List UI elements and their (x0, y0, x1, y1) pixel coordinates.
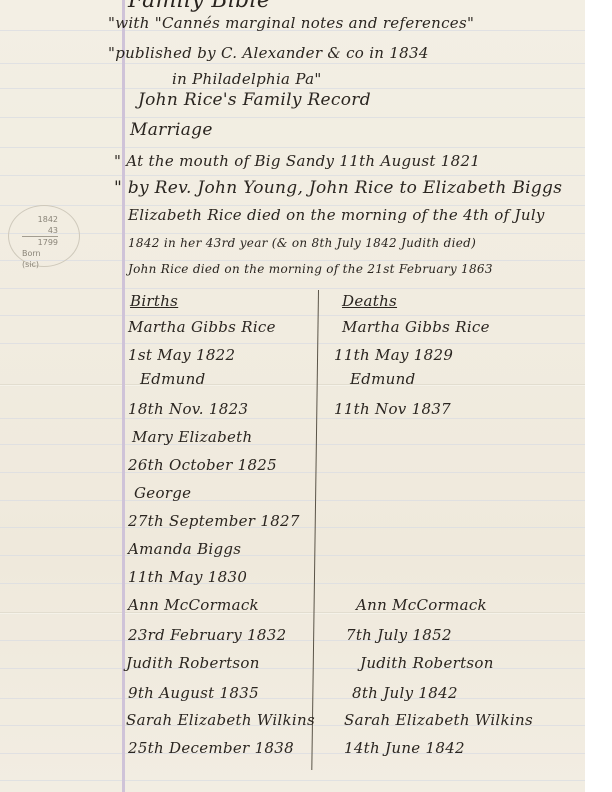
death-name: Ann McCormack (356, 596, 487, 614)
birth-date: 1st May 1822 (128, 346, 235, 364)
header-line-3: in Philadelphia Pa" (172, 70, 322, 88)
birth-name: Edmund (140, 370, 206, 388)
marriage-line-2: " by Rev. John Young, John Rice to Eliza… (114, 178, 562, 198)
birth-name: Sarah Elizabeth Wilkins (126, 711, 315, 729)
note-elizabeth-death: Elizabeth Rice died on the morning of th… (128, 206, 545, 224)
ruled-line (0, 780, 585, 781)
ruled-line (0, 640, 585, 641)
ruled-line (0, 472, 585, 473)
note-john-death: John Rice died on the morning of the 21s… (128, 262, 493, 276)
death-date: 14th June 1842 (344, 739, 465, 757)
birth-name: Mary Elizabeth (132, 428, 252, 446)
deaths-heading: Deaths (342, 292, 397, 310)
ruled-line (0, 698, 585, 699)
record-title: John Rice's Family Record (138, 90, 371, 110)
death-date: 8th July 1842 (352, 684, 458, 702)
death-name: Martha Gibbs Rice (342, 318, 490, 336)
death-name: Edmund (350, 370, 416, 388)
birth-name: Amanda Biggs (128, 540, 241, 558)
ruled-line (0, 260, 585, 261)
paper-fold (0, 612, 585, 615)
death-date: 7th July 1852 (346, 626, 452, 644)
ruled-line (0, 117, 585, 118)
birth-name: Martha Gibbs Rice (128, 318, 276, 336)
bible-title: Family Bible (128, 0, 270, 13)
death-date: 11th May 1829 (334, 346, 453, 364)
death-name: Sarah Elizabeth Wilkins (344, 711, 533, 729)
pencil-margin-note: 1842 43 1799 Born (sic) (22, 214, 58, 270)
ruled-line (0, 315, 585, 316)
ruled-line (0, 583, 585, 584)
births-heading: Births (130, 292, 178, 310)
birth-date: 25th December 1838 (128, 739, 294, 757)
ruled-line (0, 418, 585, 419)
birth-date: 11th May 1830 (128, 568, 247, 586)
paper-fold (0, 384, 585, 387)
death-date: 11th Nov 1837 (334, 400, 451, 418)
marriage-line-1: " At the mouth of Big Sandy 11th August … (114, 152, 480, 170)
death-name: Judith Robertson (360, 654, 494, 672)
ruled-line (0, 500, 585, 501)
birth-date: 26th October 1825 (128, 456, 277, 474)
ruled-line (0, 288, 585, 289)
birth-date: 23rd February 1832 (128, 626, 286, 644)
header-line-1: "with "Cannés marginal notes and referen… (108, 14, 474, 32)
ruled-line (0, 444, 585, 445)
ruled-line (0, 343, 585, 344)
ledger-page: 1842 43 1799 Born (sic) Family Bible "wi… (0, 0, 585, 792)
birth-date: 9th August 1835 (128, 684, 259, 702)
birth-date: 18th Nov. 1823 (128, 400, 248, 418)
birth-date: 27th September 1827 (128, 512, 300, 530)
ruled-line (0, 63, 585, 64)
ruled-line (0, 88, 585, 89)
ruled-line (0, 175, 585, 176)
margin-rule (122, 0, 125, 792)
header-line-2: "published by C. Alexander & co in 1834 (108, 44, 429, 62)
birth-name: Ann McCormack (128, 596, 259, 614)
ruled-line (0, 555, 585, 556)
ruled-line (0, 668, 585, 669)
ruled-line (0, 147, 585, 148)
birth-name: Judith Robertson (126, 654, 260, 672)
note-elizabeth-age: 1842 in her 43rd year (& on 8th July 184… (128, 236, 476, 250)
ruled-line (0, 233, 585, 234)
birth-name: George (134, 484, 191, 502)
marriage-heading: Marriage (130, 120, 213, 140)
